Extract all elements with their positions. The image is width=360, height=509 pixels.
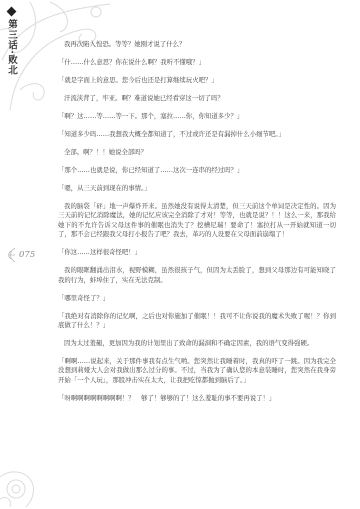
paragraph: 因为太过羞赧，更加因为我的计划里出了致命的漏洞和不确定因素，我的语气变得强硬。 [58,339,336,348]
paragraph: 汗流浃背了，牢亚。啊？难道说她已经看穿这一切了吗？ [58,94,336,103]
page-number: 075 [6,247,35,263]
paragraph: 「你这……这样很奇怪吧！」 [58,248,336,257]
paragraph: 「哪里奇怪了？」 [58,294,336,303]
paragraph: 「啊啊……说起来，关于那件事我有点生气哟。您突然让我睡着时，我真的吓了一跳。因为… [58,357,336,385]
fleuron-icon [6,247,16,263]
chapter-title: 第三话·败北 [5,19,17,76]
paragraph: 「啊？这……等……等一下。那个，塞拉……你，你知道多少？」 [58,112,336,121]
chapter-header: 第三话·败北 [4,8,18,76]
paragraph: 我的脑袋「砰」地一声爆炸开来。虽然她没有说得太清楚，但三天前这个单词是决定性的。… [58,202,336,240]
paragraph: 「什……什么意思？你在说什么啊？我听不懂哦？」 [58,58,336,67]
paragraph: 「嗯，从三天前到现在的事情。」 [58,184,336,193]
diamond-icon [6,7,16,17]
paragraph: 全部。啊？！！她说全部吗？ [58,148,336,157]
paragraph: 「我绝对有消除你的记忆啊，之后也对你施加了催眠！！我可不让你说我的魔术失败了喔！… [58,312,336,331]
paragraph: 我的眼眶翻涌出泪水，视野模糊，虽然很孩子气，但因为太丢脸了，想到父母那边有可能知… [58,266,336,285]
paragraph: 我再次陷入惶恐。等等？她刚才说了什么？ [58,40,336,49]
body-text: 我再次陷入惶恐。等等？她刚才说了什么？ 「什……什么意思？你在说什么啊？我听不懂… [58,40,336,412]
paragraph: 「那个……也就是说，你已经知道了……这次一连串的经过吗？」 [58,166,336,175]
paragraph: 「呀啊啊啊啊啊啊啊啊！？ 够了！够够的了！这么羞耻的事不要再说了！」 [58,394,336,403]
floral-ornament-icon [0,459,40,509]
page-number-text: 075 [19,250,35,260]
paragraph: 「知道多少吗……我想我大概全都知道了，不过或许还是有漏掉什么小细节吧。」 [58,130,336,139]
paragraph: 「就是字面上的意思。您今后也还是打算继续玩火吧？」 [58,76,336,85]
